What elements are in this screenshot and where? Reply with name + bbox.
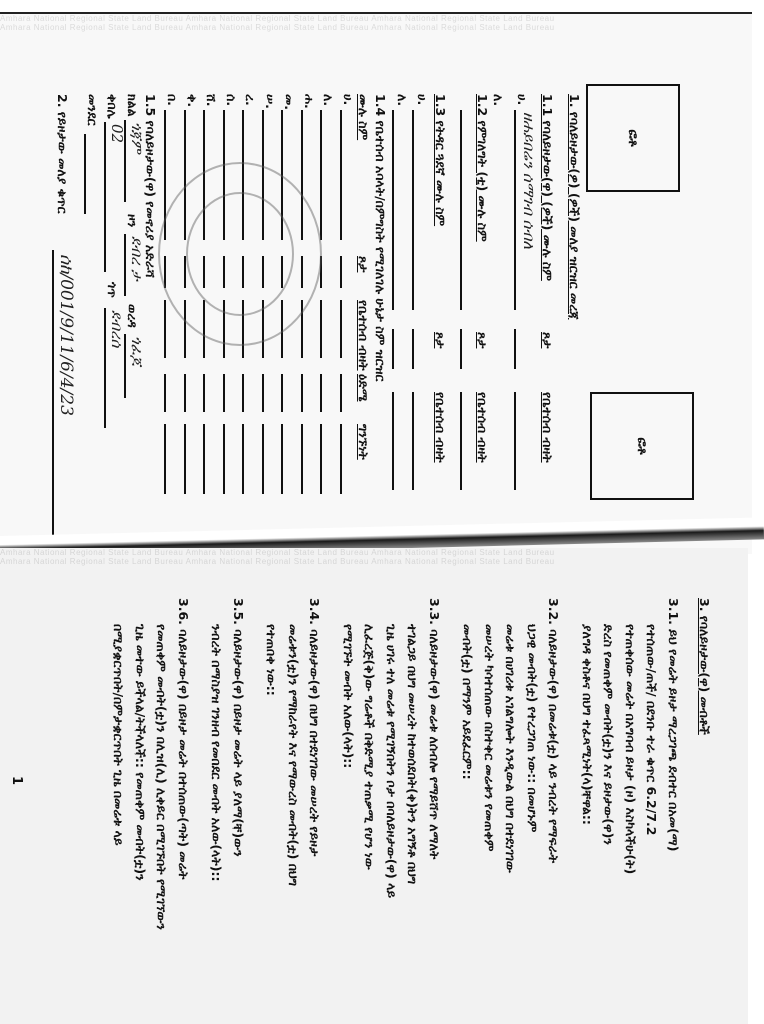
paragraph-line: ህጋዊ መብት(ቷ) የተረጋገጠ ነው:: በመሆኑም: [521, 624, 543, 832]
village-label: መንደር: [84, 94, 100, 126]
kebele-label: ቀበሌ: [104, 94, 120, 119]
item-1-1-label: 1.1 የባለይዞታው(ዋ) (ዎች) ሙሉ ስም: [539, 94, 555, 281]
photo-label: ፎቶ: [626, 129, 641, 146]
woreda-value: ጎፈጆ: [128, 336, 146, 366]
form-line: [262, 424, 264, 494]
paragraph-line: ተገልጋይ በህግ መሠረት ከተወሰደበት(ቀ)ትን አግኝቶ በህግ: [402, 624, 424, 884]
form-line: [301, 424, 303, 494]
zone-value: ደብረ ታ: [128, 236, 146, 281]
paragraph-line: መብት(ቷ) በማንም አይደፈርም::: [457, 624, 479, 780]
paragraph-line: 3.5. ባለይዞታው(ዋ) በይዞታ መሬት ላይ ያለማ(ቸ)ውን: [227, 598, 249, 857]
row-prefix: ሀ.: [414, 94, 430, 105]
form-line: [165, 374, 167, 412]
region-label: ክልል: [124, 94, 140, 117]
form-line: [184, 424, 186, 494]
holder-name-handwritten: ዘሐይበሬን ሰማገብ ሰብለ: [520, 112, 538, 249]
form-line: [340, 110, 342, 240]
form-line: [321, 374, 323, 412]
kebele-value: 02: [108, 124, 126, 143]
item-1-3-dependents-col: የቤተሰብ ብዛት: [432, 392, 448, 463]
official-stamp-inner: [186, 192, 294, 316]
paragraph-line: ያለግዳ ቀስቶና በህግ ተፈጻሚነት(ላ)ቸዋል::: [576, 624, 598, 825]
row-prefix: ሀ.: [514, 94, 530, 105]
form-line: [340, 374, 342, 412]
paragraph-line: 3.3. ባለይዞታው(ዋ) መሬቱ ለሰብሎ የማይሸጥ ለማለት: [423, 598, 445, 859]
got-label: ጎጥ: [104, 282, 120, 298]
form-line: [124, 234, 126, 296]
form-line: [340, 424, 342, 494]
form-line: [243, 374, 245, 412]
item-1-3-sex-col: ጾታ: [432, 332, 448, 348]
form-line: [223, 424, 225, 494]
photo-box-left: ፎቶ: [586, 84, 680, 192]
form-line: [321, 424, 323, 494]
item-1-4-label: 1.4 የቤተሰብ አባላት/በምግስት የሚገለገሉ ሁኔታ ስም ዝርዝር: [372, 94, 388, 381]
form-line: [412, 392, 414, 490]
item-1-4-sex-col: ጾታ: [355, 256, 371, 272]
item-1-4-relation-col: ግንኙነት: [355, 424, 371, 460]
item-1-2-label: 1.2 የምገለግት (ቲ) ሙሉ ስም: [474, 94, 490, 242]
parcel-id-handwritten: ሰከ/001/9/11/6/4/23: [56, 254, 76, 416]
paragraph-line: 3.2. ባለይዞታው(ዋ) በመሬቱ(ቷ) ላይ ንብረት የማፍራት: [543, 598, 565, 863]
row-prefix: ለ.: [490, 94, 506, 106]
top-page-content: ፎቶ ፎቶ 1. የባለይዞታው(ዎ) (ዎች) መለያ ዝርዝር መረጃ 1.…: [0, 14, 752, 554]
form-line: [84, 134, 86, 214]
item-1-1-sex-col: ጾታ: [539, 332, 555, 348]
bottom-page: Amhara National Regional State Land Bure…: [0, 548, 748, 1024]
woreda-label: ወረዳ: [124, 304, 140, 328]
form-line: [104, 122, 106, 272]
zone-label: ዞን: [124, 214, 140, 227]
paragraph-line: የመጠቀም መብት(ቷ)ን በሊዝ(ሊ) ሊቀይር በሚገኙበት የሚገኘውን: [151, 624, 173, 930]
form-line: [243, 424, 245, 494]
form-line: [204, 424, 206, 494]
row-prefix: ሐ.: [301, 94, 317, 109]
paragraph-line: የተጠቀሰው መሬት በአግባብ ይዞታ (ዞ) እስካላችሁ(ት): [619, 624, 641, 874]
row-prefix: ሸ.: [204, 94, 220, 107]
section2-label: 2. የይዞታው መለያ ቁጥር: [54, 94, 70, 214]
region-value: ጎጃም: [128, 122, 146, 153]
row-prefix: ሠ.: [262, 94, 278, 109]
paragraph-line: የሚገኙት መብት አለው(ላት)::: [337, 624, 359, 768]
paragraph-line: መሬቱን(ቷ)ን የማከራየት እና የማውረስ መብት(ቷ) በህግ: [282, 624, 304, 886]
row-prefix: በ.: [165, 94, 181, 106]
form-line: [514, 110, 516, 310]
row-prefix: ለ.: [321, 94, 337, 106]
form-line: [460, 392, 462, 490]
paragraph-line: የተጠበቀ ነው::: [261, 624, 283, 696]
paragraph-line: የተሰጠው/ጠች/ በደንቡ ተራ ቁጥር 6.2/7.2: [641, 624, 663, 835]
form-line: [204, 374, 206, 412]
form-line: [282, 424, 284, 494]
item-1-4-age-col: ዕድሜ: [355, 374, 371, 402]
row-prefix: ሀ.: [340, 94, 356, 105]
section3-heading: 3. የባለይዞታው(ዋ) መብቶች: [696, 598, 712, 735]
form-line: [412, 329, 414, 369]
paragraph-line: ጊዜ መተው ይችላል/ትችላለች:: የመጠቀም መብት(ቷ)ን: [129, 624, 151, 881]
paragraph-line: ጊዜ ሀገሩ ተለ መሬቱ የሚገኝበትን ቦታ በባለይዞታው(ዋ) ላይ: [380, 624, 402, 898]
page-number: 1: [9, 776, 24, 785]
form-line: [392, 110, 394, 310]
item-1-4-dependents-col: የቤተሰብ ብዛት: [355, 300, 371, 371]
form-line: [104, 308, 106, 428]
paragraph-line: ድረስ የመጠቀም መብት(ቷ)ን እና ይዞታው(ዋ)ን: [598, 624, 620, 845]
paragraph-line: በሚያቋርጥበት/በምታቋርጥበት ጊዜ በመሬቱ ላይ: [108, 624, 130, 846]
item-1-4-name-col: ሙሉ ስም: [355, 94, 371, 140]
top-page: Amhara National Regional State Land Bure…: [0, 12, 752, 554]
paragraph-line: 3.1. ይህ የመሬት ይዞታ ማረጋገጫ ደብተር በአመ(ማ): [662, 598, 684, 851]
paragraph-line: ሊፈረጅ(ቅ)ው ግሬቶች በቅድሚያ ተጠቃሚ የሆን ነው: [359, 624, 381, 870]
item-1-1-dependents-col: የቤተሰብ ብዛት: [539, 392, 555, 463]
item-1-2-dependents-col: የቤተሰብ ብዛት: [474, 392, 490, 463]
section1-heading: 1. የባለይዞታው(ዎ) (ዎች) መለያ ዝርዝር መረጃ: [566, 94, 582, 319]
row-prefix: ሰ.: [223, 94, 239, 106]
form-line: [321, 300, 323, 358]
form-line: [340, 300, 342, 358]
paragraph-line: 3.4. ባለይዞታው(ዋ) በህግ በተደነገገው መሠረት የይዞታ: [304, 598, 326, 856]
form-line: [412, 110, 414, 310]
form-line: [165, 300, 167, 358]
photo-box-right: ፎቶ: [590, 392, 694, 500]
form-line: [282, 374, 284, 412]
item-1-3-label: 1.3 የትዳር ጓደኛ ሙሉ ስም: [432, 94, 448, 226]
form-line: [340, 256, 342, 288]
form-line: [165, 424, 167, 494]
form-line: [223, 374, 225, 412]
item-1-2-sex-col: ጾታ: [474, 332, 490, 348]
paragraph-line: መሠረት ካሳተሰጠው በስተቀር መሬቱን የመጠቀም: [478, 624, 500, 851]
row-prefix: ለ.: [394, 94, 410, 106]
paragraph-line: 3.6. ባለይዞታው(ዋ) በይዞታ መሬት በተሰጠው(ጣት) መሬት: [172, 598, 194, 879]
form-line: [460, 329, 462, 369]
got-value: ደብረሰ: [108, 310, 126, 347]
photo-label: ፎቶ: [635, 437, 650, 454]
form-line: [301, 374, 303, 412]
paragraph-line: ንብረት በማስያዝ ገንዘብ የመበደር መብት አለው(ላት)::: [206, 624, 228, 881]
form-line: [460, 110, 462, 310]
row-prefix: ረ.: [243, 94, 259, 106]
form-line: [514, 329, 516, 369]
form-line: [262, 374, 264, 412]
form-line: [52, 250, 54, 550]
row-prefix: መ.: [282, 94, 298, 110]
bottom-page-content: 3. የባለይዞታው(ዋ) መብቶች 3.1. ይህ የመሬት ይዞታ ማረጋገ…: [0, 548, 748, 1024]
form-line: [184, 374, 186, 412]
form-line: [392, 392, 394, 490]
form-line: [321, 110, 323, 240]
paragraph-line: መሬቱ በሀገሪቱ አገልግሎት እንዲውል በህግ በተደነገገው: [500, 624, 522, 873]
row-prefix: ቀ.: [184, 94, 200, 107]
form-line: [392, 329, 394, 369]
form-line: [514, 392, 516, 490]
